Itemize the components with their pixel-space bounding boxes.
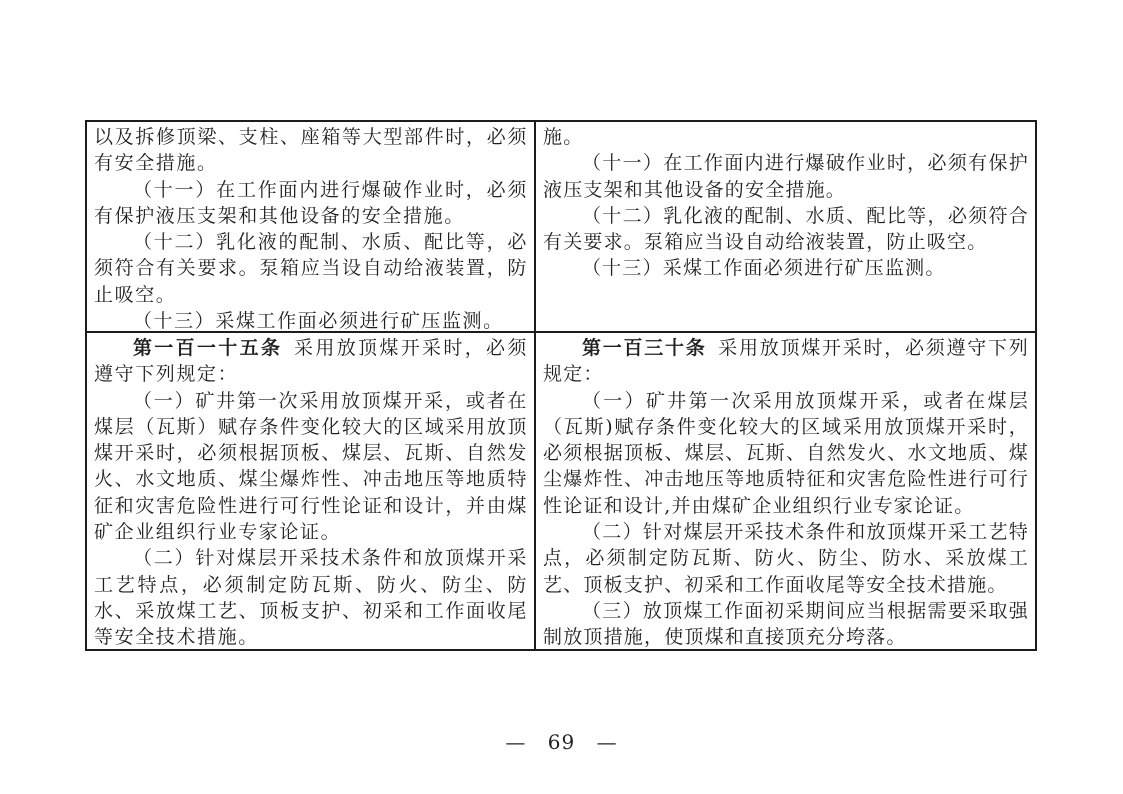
table-cell-row2-right: 第一百三十条采用放顶煤开采时，必须遵守下列规定： （一）矿井第一次采用放顶煤开采… xyxy=(536,333,1035,649)
paragraph-item-11: （十一）在工作面内进行爆破作业时，必须有保护液压支架和其他设备的安全措施。 xyxy=(94,177,528,230)
table-cell-row2-left: 第一百一十五条采用放顶煤开采时，必须遵守下列规定： （一）矿井第一次采用放顶煤开… xyxy=(87,333,536,649)
paragraph-continuation: 施。 xyxy=(543,124,1029,150)
paragraph-item-2: （二）针对煤层开采技术条件和放顶煤开采工艺特点，必须制定防瓦斯、防火、防尘、防水… xyxy=(543,519,1029,598)
page-number: — 69 — xyxy=(0,730,1123,754)
paragraph-item-11: （十一）在工作面内进行爆破作业时，必须有保护液压支架和其他设备的安全措施。 xyxy=(543,150,1029,203)
article-heading-paragraph: 第一百三十条采用放顶煤开采时，必须遵守下列规定： xyxy=(543,335,1029,388)
paragraph-item-12: （十二）乳化液的配制、水质、配比等，必须符合有关要求。泵箱应当设自动给液装置，防… xyxy=(543,203,1029,256)
paragraph-item-13: （十三）采煤工作面必须进行矿压监测。 xyxy=(543,255,1029,281)
table-cell-row1-right: 施。 （十一）在工作面内进行爆破作业时，必须有保护液压支架和其他设备的安全措施。… xyxy=(536,122,1035,333)
paragraph-continuation: 以及拆修顶梁、支柱、座箱等大型部件时，必须有安全措施。 xyxy=(94,124,528,177)
regulation-comparison-table: 以及拆修顶梁、支柱、座箱等大型部件时，必须有安全措施。 （十一）在工作面内进行爆… xyxy=(85,120,1037,651)
paragraph-item-2: （二）针对煤层开采技术条件和放顶煤开采工艺特点，必须制定防瓦斯、防火、防尘、防水… xyxy=(94,545,528,649)
document-page: 以及拆修顶梁、支柱、座箱等大型部件时，必须有安全措施。 （十一）在工作面内进行爆… xyxy=(0,0,1123,794)
paragraph-item-12: （十二）乳化液的配制、水质、配比等，必须符合有关要求。泵箱应当设自动给液装置，防… xyxy=(94,229,528,308)
table-cell-row1-left: 以及拆修顶梁、支柱、座箱等大型部件时，必须有安全措施。 （十一）在工作面内进行爆… xyxy=(87,122,536,333)
paragraph-item-13: （十三）采煤工作面必须进行矿压监测。 xyxy=(94,308,528,333)
article-number: 第一百三十条 xyxy=(582,337,707,359)
article-heading-paragraph: 第一百一十五条采用放顶煤开采时，必须遵守下列规定： xyxy=(94,335,528,388)
paragraph-item-3: （三）放顶煤工作面初采期间应当根据需要采取强制放顶措施，使顶煤和直接顶充分垮落。 xyxy=(543,598,1029,649)
paragraph-item-1: （一）矿井第一次采用放顶煤开采，或者在煤层（瓦斯）赋存条件变化较大的区域采用放顶… xyxy=(94,388,528,546)
article-number: 第一百一十五条 xyxy=(133,337,282,359)
paragraph-item-1: （一）矿井第一次采用放顶煤开采，或者在煤层（瓦斯)赋存条件变化较大的区域采用放顶… xyxy=(543,388,1029,519)
